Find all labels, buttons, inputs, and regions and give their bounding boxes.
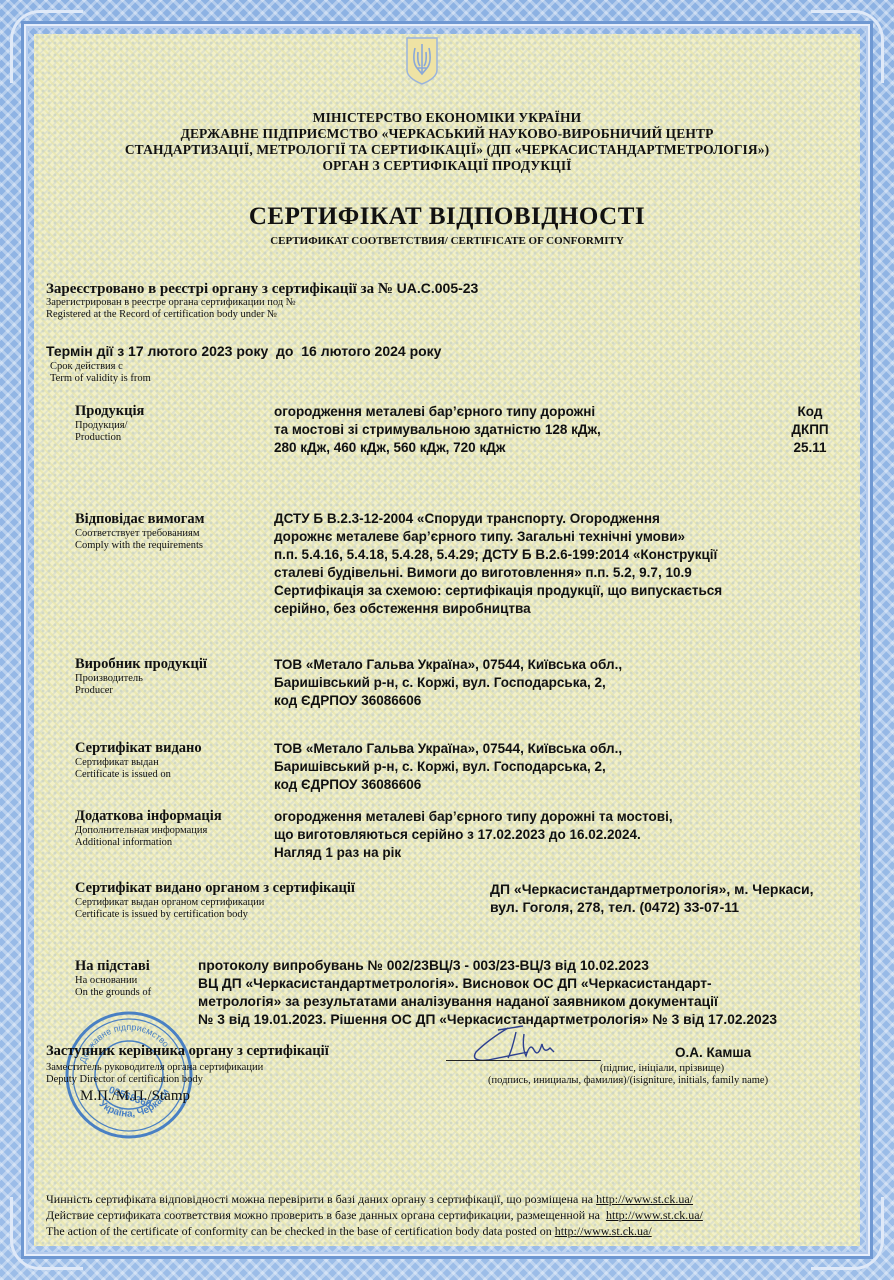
value-line: серійно, без обстеження виробництва [274,600,722,618]
value-line: ТОВ «Метало Гальва Україна», 07544, Київ… [274,740,622,758]
signatory-title-ru: Заместитель руководителя органа сертифик… [46,1062,263,1074]
value-line: код ЄДРПОУ 36086606 [274,692,622,710]
signer-name: О.А. Камша [675,1045,751,1060]
footer-text: Чинність сертифіката відповідності можна… [46,1192,596,1206]
additional-info-label-ru: Дополнительная информация [75,825,222,837]
verification-link[interactable]: http://www.st.ck.ua/ [555,1224,652,1238]
product-label-ua: Продукція [75,403,144,420]
additional-info-label: Додаткова інформація Дополнительная инфо… [75,808,222,849]
issued-by-value: ДП «Черкасистандартметрологія», м. Черка… [490,880,814,916]
code-value: 25.11 [775,439,845,457]
footer-line-ru: Действие сертификата соответствия можно … [46,1207,703,1223]
registration-translations: Зарегистрирован в реестре органа сертифи… [46,297,296,321]
value-line: що виготовляються серійно з 17.02.2023 д… [274,826,673,844]
document-subtitle: СЕРТИФИКАТ СООТВЕТСТВИЯ/ CERTIFICATE OF … [0,235,894,247]
registration-label-ru: Зарегистрирован в реестре органа сертифи… [46,297,296,309]
value-line: протоколу випробувань № 002/23ВЦ/3 - 003… [198,957,777,975]
requirements-label-en: Comply with the requirements [75,540,204,552]
footer-line-ua: Чинність сертифіката відповідності можна… [46,1191,703,1207]
additional-info-label-en: Additional information [75,837,222,849]
requirements-label-ua: Відповідає вимогам [75,511,204,528]
issued-by-label: Сертифікат видано органом з сертифікації… [75,880,355,921]
additional-info-label-ua: Додаткова інформація [75,808,222,825]
requirements-label: Відповідає вимогам Соответствует требова… [75,511,204,552]
producer-label: Виробник продукції Производитель Produce… [75,656,207,697]
grounds-label-ru: На основании [75,975,151,987]
signatory-title-en: Deputy Director of certification body [46,1074,203,1086]
grounds-value: протоколу випробувань № 002/23ВЦ/3 - 003… [198,957,777,1029]
value-line: код ЄДРПОУ 36086606 [274,776,622,794]
issued-by-label-en: Certificate is issued by certification b… [75,909,355,921]
validity-term: Термін дії з 17 лютого 2023 року до 16 л… [46,343,441,359]
value-line: дорожнє металеве бар’єрного типу. Загаль… [274,528,722,546]
grounds-label: На підставі На основании On the grounds … [75,958,151,999]
value-line: ВЦ ДП «Черкасистандартметрологія». Висно… [198,975,777,993]
producer-label-ua: Виробник продукції [75,656,207,673]
signature-caption-ru-en: (подпись, инициалы, фамилия)/(isigniture… [488,1075,768,1087]
verification-footer: Чинність сертифіката відповідності можна… [46,1191,703,1239]
ukraine-trident-emblem-icon [405,36,439,86]
value-line: сталеві будівельні. Вимоги до виготовлен… [274,564,722,582]
header-line: СТАНДАРТИЗАЦІЇ, МЕТРОЛОГІЇ ТА СЕРТИФІКАЦ… [0,142,894,158]
value-line: огородження металеві бар’єрного типу дор… [274,403,601,421]
value-line: вул. Гоголя, 278, тел. (0472) 33-07-11 [490,898,814,916]
registration-line: Зареєстровано в реєстрі органу з сертифі… [46,280,478,298]
producer-label-ru: Производитель [75,673,207,685]
footer-line-en: The action of the certificate of conform… [46,1223,703,1239]
stamp-label: М.П./М.П./Stamp [80,1088,190,1105]
registration-label: Зареєстровано в реєстрі органу з сертифі… [46,281,393,297]
producer-value: ТОВ «Метало Гальва Україна», 07544, Київ… [274,656,622,710]
code-label: Код [775,403,845,421]
term-label-ru: Срок действия с [50,361,151,373]
value-line: ДСТУ Б В.2.3-12-2004 «Споруди транспорту… [274,510,722,528]
signature-caption-ua: (підпис, ініціали, прізвище) [600,1063,724,1075]
grounds-label-en: On the grounds of [75,987,151,999]
signature-line [446,1060,601,1061]
value-line: ТОВ «Метало Гальва Україна», 07544, Київ… [274,656,622,674]
registration-label-en: Registered at the Record of certificatio… [46,309,296,321]
value-line: п.п. 5.4.16, 5.4.18, 5.4.28, 5.4.29; ДСТ… [274,546,722,564]
issued-to-label: Сертифікат видано Сертификат выдан Certi… [75,740,202,781]
value-line: Сертифікація за схемою: сертифікація про… [274,582,722,600]
product-label: Продукція Продукция/ Production [75,403,144,444]
value-line: ДП «Черкасистандартметрологія», м. Черка… [490,880,814,898]
product-value: огородження металеві бар’єрного типу дор… [274,403,601,457]
code-classifier: ДКПП [775,421,845,439]
grounds-label-ua: На підставі [75,958,151,975]
value-line: Нагляд 1 раз на рік [274,844,673,862]
header-line: МІНІСТЕРСТВО ЕКОНОМІКИ УКРАЇНИ [0,110,894,126]
verification-link[interactable]: http://www.st.ck.ua/ [606,1208,703,1222]
document-title: СЕРТИФІКАТ ВІДПОВІДНОСТІ [0,203,894,231]
issued-by-label-ua: Сертифікат видано органом з сертифікації [75,880,355,897]
value-line: 280 кДж, 460 кДж, 560 кДж, 720 кДж [274,439,601,457]
issued-to-label-ru: Сертификат выдан [75,757,202,769]
value-line: огородження металеві бар’єрного типу дор… [274,808,673,826]
value-line: та мостові зі стримувальною здатністю 12… [274,421,601,439]
issued-to-value: ТОВ «Метало Гальва Україна», 07544, Київ… [274,740,622,794]
producer-label-en: Producer [75,685,207,697]
header-line: ДЕРЖАВНЕ ПІДПРИЄМСТВО «ЧЕРКАСЬКИЙ НАУКОВ… [0,126,894,142]
handwritten-signature [468,1022,568,1068]
additional-info-value: огородження металеві бар’єрного типу дор… [274,808,673,862]
issuer-header: МІНІСТЕРСТВО ЕКОНОМІКИ УКРАЇНИ ДЕРЖАВНЕ … [0,110,894,174]
issued-by-label-ru: Сертификат выдан органом сертификации [75,897,355,909]
validity-term-translations: Срок действия с Term of validity is from [50,361,151,385]
footer-text: The action of the certificate of conform… [46,1224,555,1238]
signatory-title: Заступник керівника органу з сертифікаці… [46,1043,329,1060]
requirements-value: ДСТУ Б В.2.3-12-2004 «Споруди транспорту… [274,510,722,618]
issued-to-label-ua: Сертифікат видано [75,740,202,757]
product-label-en: Production [75,432,144,444]
value-line: Баришівський р-н, с. Коржі, вул. Господа… [274,758,622,776]
issued-to-label-en: Certificate is issued on [75,769,202,781]
requirements-label-ru: Соответствует требованиям [75,528,204,540]
registration-number: UA.C.005-23 [397,280,479,296]
value-line: Баришівський р-н, с. Коржі, вул. Господа… [274,674,622,692]
product-label-ru: Продукция/ [75,420,144,432]
term-label-en: Term of validity is from [50,373,151,385]
value-line: метрологія» за результатами аналізування… [198,993,777,1011]
header-line: ОРГАН З СЕРТИФІКАЦІЇ ПРОДУКЦІЇ [0,158,894,174]
footer-text: Действие сертификата соответствия можно … [46,1208,606,1222]
product-code: Код ДКПП 25.11 [775,403,845,457]
verification-link[interactable]: http://www.st.ck.ua/ [596,1192,693,1206]
